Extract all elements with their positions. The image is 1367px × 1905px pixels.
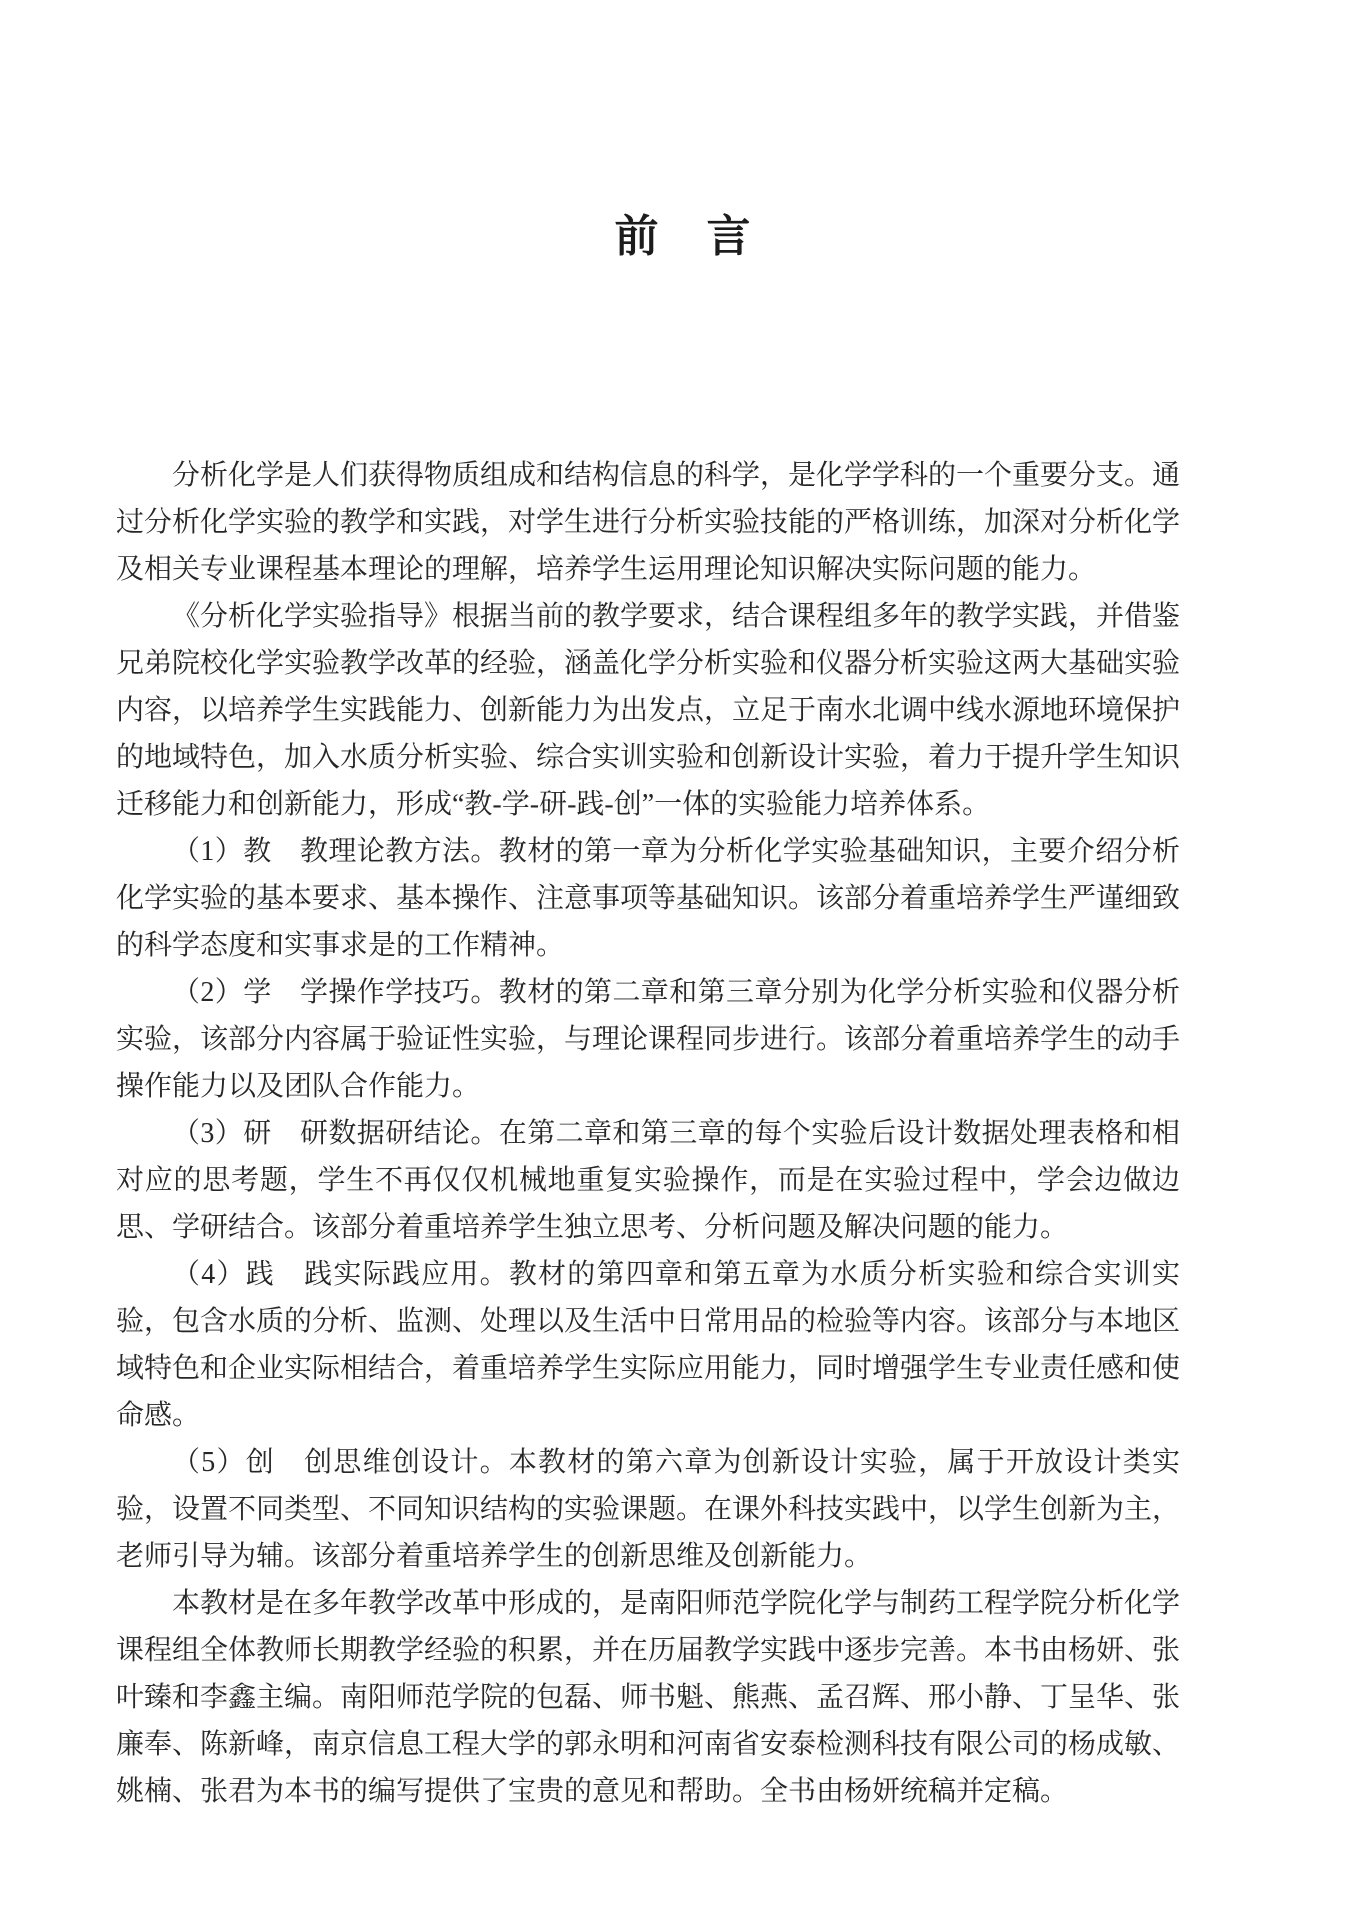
paragraph-item-3-research: （3）研 研数据研结论。在第二章和第三章的每个实验后设计数据处理表格和相对应的思… [116, 1110, 1180, 1251]
paragraph-item-5-create: （5）创 创思维创设计。本教材的第六章为创新设计实验，属于开放设计类实验，设置不… [116, 1439, 1180, 1580]
paragraph-item-4-practice: （4）践 践实际践应用。教材的第四章和第五章为水质分析实验和综合实训实验，包含水… [116, 1251, 1180, 1439]
paragraph-overview: 《分析化学实验指导》根据当前的教学要求，结合课程组多年的教学实践，并借鉴兄弟院校… [116, 593, 1180, 828]
paragraph-item-1-teach: （1）教 教理论教方法。教材的第一章为分析化学实验基础知识，主要介绍分析化学实验… [116, 828, 1180, 969]
page-title: 前 言 [0, 200, 1367, 264]
preface-body: 分析化学是人们获得物质组成和结构信息的科学，是化学学科的一个重要分支。通过分析化… [116, 452, 1180, 1815]
paragraph-acknowledgements: 本教材是在多年教学改革中形成的，是南阳师范学院化学与制药工程学院分析化学课程组全… [116, 1580, 1180, 1815]
paragraph-item-2-learn: （2）学 学操作学技巧。教材的第二章和第三章分别为化学分析实验和仪器分析实验，该… [116, 969, 1180, 1110]
paragraph-intro: 分析化学是人们获得物质组成和结构信息的科学，是化学学科的一个重要分支。通过分析化… [116, 452, 1180, 593]
preface-page: 前 言 分析化学是人们获得物质组成和结构信息的科学，是化学学科的一个重要分支。通… [0, 0, 1367, 1905]
